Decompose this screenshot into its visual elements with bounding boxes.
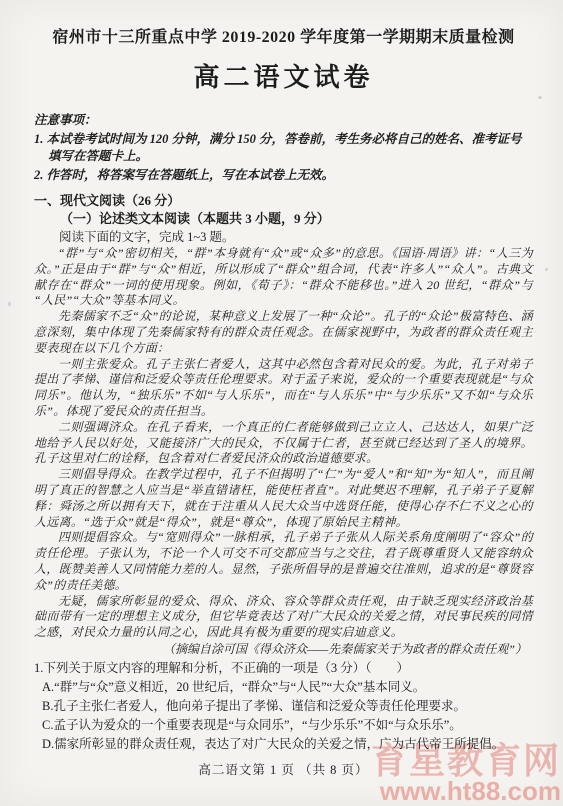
section-heading: 一、现代文阅读（26 分） [34,192,533,210]
notice-item-2: 2. 作答时，将答案写在答题纸上，写在本试卷上无效。 [34,167,533,184]
page-number-footer: 高二语文第 1 页 （共 8 页） [34,760,533,778]
passage-paragraph-5: 三则倡导得众。在教学过程中，孔子不但揭明了“仁”为“爱人”和“知”为“知人”，而… [34,467,533,530]
passage-attribution: （摘编自涂可国《得众济众——先秦儒家关于为政者的群众责任观”） [34,641,533,657]
reading-passage: “群”与“众”密切相关，“群”本身就有“众”或“众多”的意思。《国语·周语》讲：… [34,246,533,657]
notice-item-1: 1. 本试卷考试时间为 120 分钟，满分 150 分，答卷前，考生务必将自己的… [34,131,533,165]
question-1-option-a: A.“群”与“众”意义相近，20 世纪后，“群众”与“人民”“大众”基本同义。 [34,678,533,697]
passage-paragraph-3: 一则主张爱众。孔子主张仁者爱人，这其中必然包含着对民众的爱。为此，孔子对弟子提出… [34,357,533,420]
question-1-option-b: B.孔子主张仁者爱人，他向弟子提出了孝悌、谨信和泛爱众等责任伦理要求。 [34,697,533,716]
passage-paragraph-2: 先秦儒家不乏“众”的论说，某种意义上发展了一种“众论”。孔子的“众论”极富特色、… [34,309,533,356]
watermark-site-url: www.ht88.com [371,778,561,804]
exam-title: 宿州市十三所重点中学 2019-2020 学年度第一学期期末质量检测 [34,24,533,47]
passage-paragraph-7: 无疑，儒家所彰显的爱众、得众、济众、容众等群众责任观，由于缺乏现实经济政治基础而… [34,594,533,641]
page-content: 宿州市十三所重点中学 2019-2020 学年度第一学期期末质量检测 高二语文试… [0,0,563,778]
notice-section: 注意事项： 1. 本试卷考试时间为 120 分钟，满分 150 分，答卷前，考生… [34,112,533,184]
exam-paper-page: 育星教育网 www.ht88.com 宿州市十三所重点中学 2019-2020 … [0,0,563,806]
question-1-option-d: D.儒家所彰显的群众责任观，表达了对广大民众的关爱之情，广为古代帝王所提倡。 [34,735,533,754]
notice-heading: 注意事项： [34,112,533,129]
section-instruction: 阅读下面的文字，完成 1~3 题。 [34,228,533,246]
question-1: 1.下列关于原文内容的理解和分析，不正确的一项是（3 分）（ ） A.“群”与“… [34,659,533,754]
passage-paragraph-4: 二则强调济众。在孔子看来，一个真正的仁者能够做到己立立人、己达达人，如果广泛地给… [34,420,533,467]
section-subheading: （一）论述类文本阅读（本题共 3 小题，9 分） [34,210,533,228]
passage-paragraph-1: “群”与“众”密切相关，“群”本身就有“众”或“众多”的意思。《国语·周语》讲：… [34,246,533,309]
question-1-option-c: C.孟子认为爱众的一个重要表现是“与众同乐”，“与少乐乐”不如“与众乐乐”。 [34,716,533,735]
paper-subject-title: 高二语文试卷 [34,57,533,94]
passage-paragraph-6: 四则提倡容众。与“宽则得众”一脉相承，孔子弟子子张从人际关系角度阐明了“容众”的… [34,530,533,593]
question-1-stem: 1.下列关于原文内容的理解和分析，不正确的一项是（3 分）（ ） [34,659,533,678]
